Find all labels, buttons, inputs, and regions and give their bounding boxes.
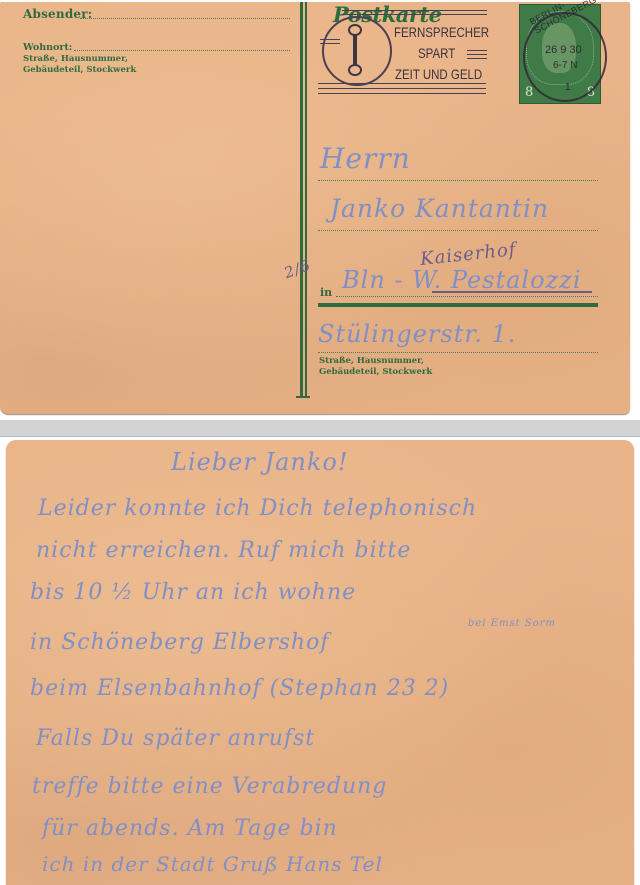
street-label-right: Straße, Hausnummer,	[319, 356, 424, 367]
address-line-3	[336, 296, 598, 297]
slogan-line-2: SPART	[418, 46, 455, 60]
street-label-left: Straße, Hausnummer,	[23, 54, 128, 65]
letter-line: ich in der Stadt Gruß Hans Tel	[42, 852, 383, 876]
letter-line: Leider konnte ich Dich telephonisch	[38, 496, 477, 521]
residence-line	[74, 50, 290, 51]
city-underline	[318, 303, 598, 307]
telephone-receiver-icon	[348, 24, 362, 76]
postmark-date: 26 9 30	[545, 44, 582, 56]
postmark-office: 1	[565, 82, 571, 93]
divider-line	[300, 2, 303, 397]
letter-line: Falls Du später anrufst	[36, 726, 315, 751]
letter-line: treffe bitte eine Verabredung	[32, 774, 387, 799]
letter-line: bis 10 ½ Uhr an ich wohne	[30, 580, 356, 605]
address-city: Bln - W. Pestalozzi	[342, 266, 582, 294]
in-label: in	[320, 286, 332, 299]
sender-line	[80, 18, 290, 19]
letter-line: beim Elsenbahnhof (Stephan 23 2)	[30, 676, 449, 701]
postmark-time: 6-7 N	[553, 60, 577, 71]
address-line-4	[318, 352, 598, 353]
letter-line: nicht erreichen. Ruf mich bitte	[36, 538, 411, 563]
margin-note: 2/6	[282, 256, 314, 282]
divider-line-thin	[305, 2, 307, 397]
slogan-line-3: ZEIT UND GELD	[395, 67, 482, 81]
strike-through-line	[432, 291, 592, 293]
postcard-back: Lieber Janko! Leider konnte ich Dich tel…	[6, 440, 634, 885]
building-label-right: Gebäudeteil, Stockwerk	[319, 367, 432, 378]
address-recipient-name: Janko Kantantin	[330, 194, 549, 223]
building-label-left: Gebäudeteil, Stockwerk	[23, 65, 136, 76]
letter-interline-note: bei Emst Sorm	[468, 618, 556, 629]
address-recipient-title: Herrn	[320, 142, 411, 175]
image-separator	[0, 420, 640, 437]
letter-line: für abends. Am Tage bin	[42, 816, 338, 841]
divider-foot	[296, 396, 310, 398]
letter-greeting: Lieber Janko!	[171, 448, 349, 476]
postcard-front: Absender: Wohnort: Straße, Hausnummer, G…	[0, 2, 630, 414]
letter-line: in Schöneberg Elbershof	[30, 630, 329, 655]
residence-label: Wohnort:	[23, 42, 72, 53]
address-line-2	[318, 230, 598, 231]
slogan-line-1: FERNSPRECHER	[394, 25, 489, 39]
address-street: Stülingerstr. 1.	[318, 320, 516, 348]
stamp-value-left: 8	[525, 85, 533, 100]
address-line-1	[318, 180, 598, 181]
